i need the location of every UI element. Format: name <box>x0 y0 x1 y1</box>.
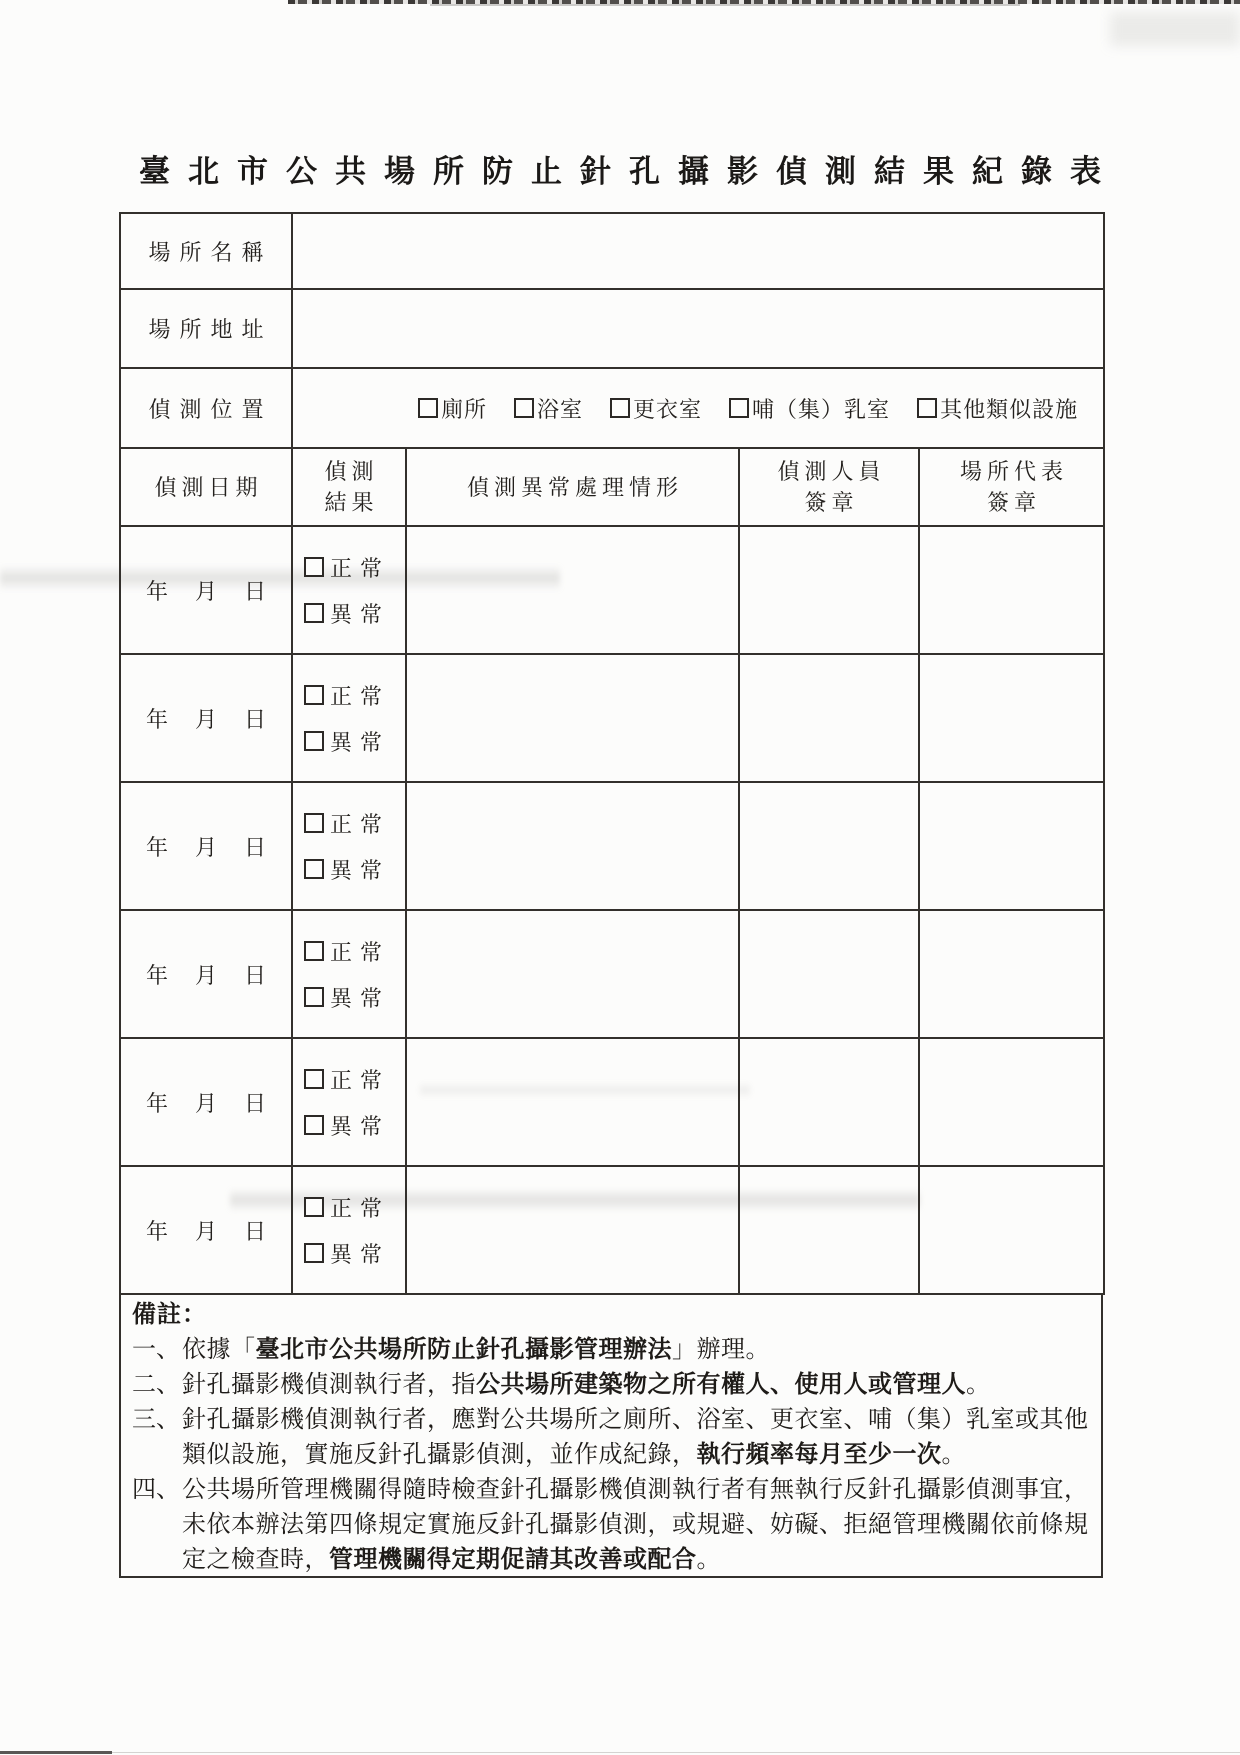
result-cell: 正常 異常 <box>292 654 406 782</box>
note-number: 四、 <box>132 1473 182 1578</box>
note-item-1: 一、 依據「臺北市公共場所防止針孔攝影管理辦法」辦理。 <box>132 1333 1089 1368</box>
date-cell: 年 月 日 <box>120 782 292 910</box>
checkbox-abnormal-icon <box>304 1243 324 1263</box>
table-row: 年 月 日 正常 異常 <box>120 654 1104 782</box>
result-option-normal: 正常 <box>304 936 405 967</box>
place-name-row: 場所名稱 <box>120 213 1104 289</box>
note-text: 針孔攝影機偵測執行者，應對公共場所之廁所、浴室、更衣室、哺（集）乳室或其他類似設… <box>182 1403 1089 1473</box>
checkbox-bathroom-icon <box>514 398 534 418</box>
header-abnormal-handling: 偵測異常處理情形 <box>406 448 739 526</box>
table-row: 年 月 日 正常 異常 <box>120 526 1104 654</box>
month-label: 月 <box>195 1215 217 1246</box>
notes-title: 備註： <box>132 1298 1089 1333</box>
note-text: 針孔攝影機偵測執行者，指公共場所建築物之所有權人、使用人或管理人。 <box>182 1368 1089 1403</box>
result-option-normal: 正常 <box>304 1064 405 1095</box>
checkbox-normal-icon <box>304 813 324 833</box>
representative-signature-cell <box>919 910 1104 1038</box>
handling-cell <box>406 782 739 910</box>
date-cell: 年 月 日 <box>120 1038 292 1166</box>
month-label: 月 <box>195 703 217 734</box>
note-item-2: 二、 針孔攝影機偵測執行者，指公共場所建築物之所有權人、使用人或管理人。 <box>132 1368 1089 1403</box>
note-text: 依據「臺北市公共場所防止針孔攝影管理辦法」辦理。 <box>182 1333 1089 1368</box>
representative-signature-cell <box>919 1038 1104 1166</box>
note-number: 一、 <box>132 1333 182 1368</box>
location-option-nursing-room: 哺（集）乳室 <box>729 393 890 424</box>
year-label: 年 <box>146 703 168 734</box>
header-inspector-signature: 偵測人員 簽章 <box>739 448 919 526</box>
location-option-other-facility: 其他類似設施 <box>917 393 1078 424</box>
scan-artifact-top-edge-2 <box>430 4 1020 6</box>
inspector-signature-cell <box>739 1166 919 1294</box>
checkbox-normal-icon <box>304 1197 324 1217</box>
checkbox-normal-icon <box>304 941 324 961</box>
checkbox-abnormal-icon <box>304 1115 324 1135</box>
location-option-label: 哺（集）乳室 <box>752 393 890 424</box>
date-cell: 年 月 日 <box>120 654 292 782</box>
result-cell: 正常 異常 <box>292 1038 406 1166</box>
checkbox-abnormal-icon <box>304 603 324 623</box>
table-row: 年 月 日 正常 異常 <box>120 1166 1104 1294</box>
location-option-label: 更衣室 <box>633 393 702 424</box>
result-option-abnormal: 異常 <box>304 982 405 1013</box>
checkbox-normal-icon <box>304 685 324 705</box>
detection-record-table: 場所名稱 場所地址 偵測位置 廁所 浴室 <box>119 212 1105 1295</box>
inspector-signature-cell <box>739 782 919 910</box>
result-cell: 正常 異常 <box>292 526 406 654</box>
result-cell: 正常 異常 <box>292 910 406 1038</box>
table-row: 年 月 日 正常 異常 <box>120 910 1104 1038</box>
place-address-value-cell <box>292 289 1104 368</box>
result-option-normal: 正常 <box>304 680 405 711</box>
detection-location-label: 偵測位置 <box>120 368 292 448</box>
representative-signature-cell <box>919 782 1104 910</box>
checkbox-toilet-icon <box>418 398 438 418</box>
year-label: 年 <box>146 959 168 990</box>
location-option-toilet: 廁所 <box>418 393 487 424</box>
inspector-signature-cell <box>739 1038 919 1166</box>
handling-cell <box>406 1038 739 1166</box>
date-cell: 年 月 日 <box>120 1166 292 1294</box>
note-number: 二、 <box>132 1368 182 1403</box>
note-item-3: 三、 針孔攝影機偵測執行者，應對公共場所之廁所、浴室、更衣室、哺（集）乳室或其他… <box>132 1403 1089 1473</box>
checkbox-changing-room-icon <box>610 398 630 418</box>
day-label: 日 <box>244 703 266 734</box>
handling-cell <box>406 910 739 1038</box>
place-name-label: 場所名稱 <box>120 213 292 289</box>
year-label: 年 <box>146 1215 168 1246</box>
location-option-label: 其他類似設施 <box>940 393 1078 424</box>
header-detection-date: 偵測日期 <box>120 448 292 526</box>
checkbox-normal-icon <box>304 557 324 577</box>
result-option-abnormal: 異常 <box>304 854 405 885</box>
representative-signature-cell <box>919 1166 1104 1294</box>
representative-signature-cell <box>919 526 1104 654</box>
detection-location-options-cell: 廁所 浴室 更衣室 哺（集）乳室 <box>292 368 1104 448</box>
date-cell: 年 月 日 <box>120 910 292 1038</box>
day-label: 日 <box>244 959 266 990</box>
location-options: 廁所 浴室 更衣室 哺（集）乳室 <box>293 393 1103 424</box>
notes-section: 備註： 一、 依據「臺北市公共場所防止針孔攝影管理辦法」辦理。 二、 針孔攝影機… <box>119 1293 1103 1578</box>
checkbox-abnormal-icon <box>304 987 324 1007</box>
month-label: 月 <box>195 575 217 606</box>
result-cell: 正常 異常 <box>292 1166 406 1294</box>
month-label: 月 <box>195 1087 217 1118</box>
day-label: 日 <box>244 831 266 862</box>
place-name-value-cell <box>292 213 1104 289</box>
table-header-row: 偵測日期 偵測 結果 偵測異常處理情形 偵測人員 簽章 場所代表 簽章 <box>120 448 1104 526</box>
inspector-signature-cell <box>739 910 919 1038</box>
scan-artifact-bottom-left <box>0 1751 112 1754</box>
note-text: 公共場所管理機關得隨時檢查針孔攝影機偵測執行者有無執行反針孔攝影偵測事宜，未依本… <box>182 1473 1089 1578</box>
location-option-label: 浴室 <box>537 393 583 424</box>
header-representative-signature: 場所代表 簽章 <box>919 448 1104 526</box>
location-option-label: 廁所 <box>441 393 487 424</box>
result-option-abnormal: 異常 <box>304 598 405 629</box>
inspector-signature-cell <box>739 654 919 782</box>
date-cell: 年 月 日 <box>120 526 292 654</box>
location-option-bathroom: 浴室 <box>514 393 583 424</box>
location-option-changing-room: 更衣室 <box>610 393 702 424</box>
scanned-form-page: 臺北市公共場所防止針孔攝影偵測結果紀錄表 場所名稱 場所地址 偵測位置 廁所 <box>0 0 1240 1755</box>
year-label: 年 <box>146 575 168 606</box>
month-label: 月 <box>195 831 217 862</box>
checkbox-normal-icon <box>304 1069 324 1089</box>
place-address-row: 場所地址 <box>120 289 1104 368</box>
result-option-normal: 正常 <box>304 808 405 839</box>
checkbox-other-facility-icon <box>917 398 937 418</box>
year-label: 年 <box>146 831 168 862</box>
day-label: 日 <box>244 1087 266 1118</box>
result-option-abnormal: 異常 <box>304 1110 405 1141</box>
year-label: 年 <box>146 1087 168 1118</box>
handling-cell <box>406 526 739 654</box>
page-title: 臺北市公共場所防止針孔攝影偵測結果紀錄表 <box>0 146 1240 191</box>
result-option-normal: 正常 <box>304 552 405 583</box>
checkbox-nursing-room-icon <box>729 398 749 418</box>
handling-cell <box>406 1166 739 1294</box>
checkbox-abnormal-icon <box>304 859 324 879</box>
place-address-label: 場所地址 <box>120 289 292 368</box>
handling-cell <box>406 654 739 782</box>
scan-smudge-top-right <box>1110 12 1240 46</box>
month-label: 月 <box>195 959 217 990</box>
detection-location-row: 偵測位置 廁所 浴室 更衣室 <box>120 368 1104 448</box>
result-option-abnormal: 異常 <box>304 726 405 757</box>
inspector-signature-cell <box>739 526 919 654</box>
checkbox-abnormal-icon <box>304 731 324 751</box>
result-cell: 正常 異常 <box>292 782 406 910</box>
day-label: 日 <box>244 575 266 606</box>
table-row: 年 月 日 正常 異常 <box>120 1038 1104 1166</box>
table-row: 年 月 日 正常 異常 <box>120 782 1104 910</box>
scan-artifact-bottom-edge <box>110 1752 1240 1753</box>
header-detection-result: 偵測 結果 <box>292 448 406 526</box>
representative-signature-cell <box>919 654 1104 782</box>
note-number: 三、 <box>132 1403 182 1473</box>
result-option-normal: 正常 <box>304 1192 405 1223</box>
note-item-4: 四、 公共場所管理機關得隨時檢查針孔攝影機偵測執行者有無執行反針孔攝影偵測事宜，… <box>132 1473 1089 1578</box>
result-option-abnormal: 異常 <box>304 1238 405 1269</box>
day-label: 日 <box>244 1215 266 1246</box>
